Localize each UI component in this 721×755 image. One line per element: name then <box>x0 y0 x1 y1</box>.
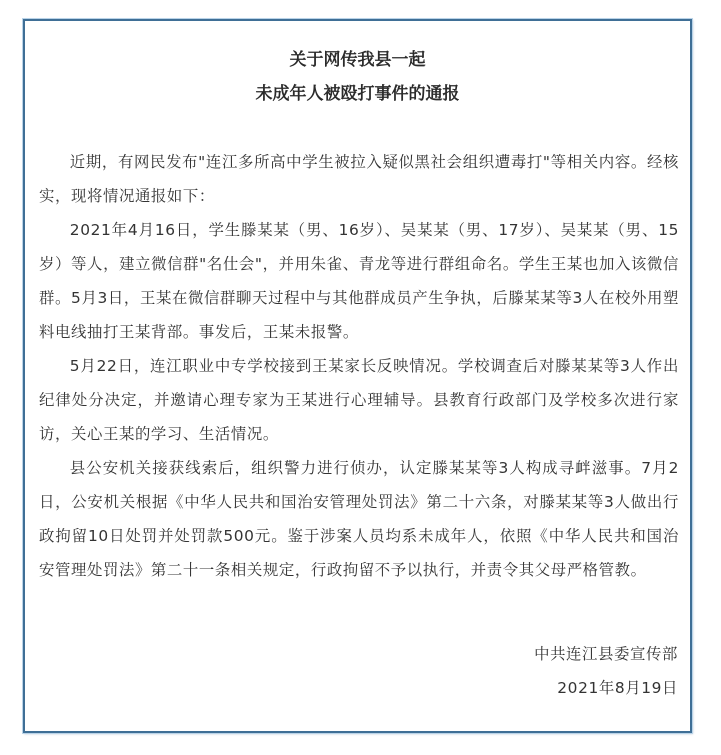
title-line-1: 关于网传我县一起 <box>25 45 690 70</box>
notice-frame: 关于网传我县一起 未成年人被殴打事件的通报 近期，有网民发布"连江多所高中学生被… <box>23 19 692 733</box>
notice-body: 近期，有网民发布"连江多所高中学生被拉入疑似黑社会组织遭毒打"等相关内容。经核实… <box>39 145 679 587</box>
signature-organization: 中共连江县委宣传部 <box>534 642 678 664</box>
paragraph-police-action: 县公安机关接获线索后，组织警力进行侦办，认定滕某某等3人构成寻衅滋事。7月2日，… <box>39 451 679 587</box>
signature-date: 2021年8月19日 <box>557 676 678 698</box>
title-line-2: 未成年人被殴打事件的通报 <box>25 79 690 104</box>
paragraph-incident: 2021年4月16日，学生滕某某（男、16岁）、吴某某（男、17岁）、吴某某（男… <box>39 213 679 349</box>
paragraph-intro: 近期，有网民发布"连江多所高中学生被拉入疑似黑社会组织遭毒打"等相关内容。经核实… <box>39 145 679 213</box>
paragraph-school-response: 5月22日，连江职业中专学校接到王某家长反映情况。学校调查后对滕某某等3人作出纪… <box>39 349 679 451</box>
